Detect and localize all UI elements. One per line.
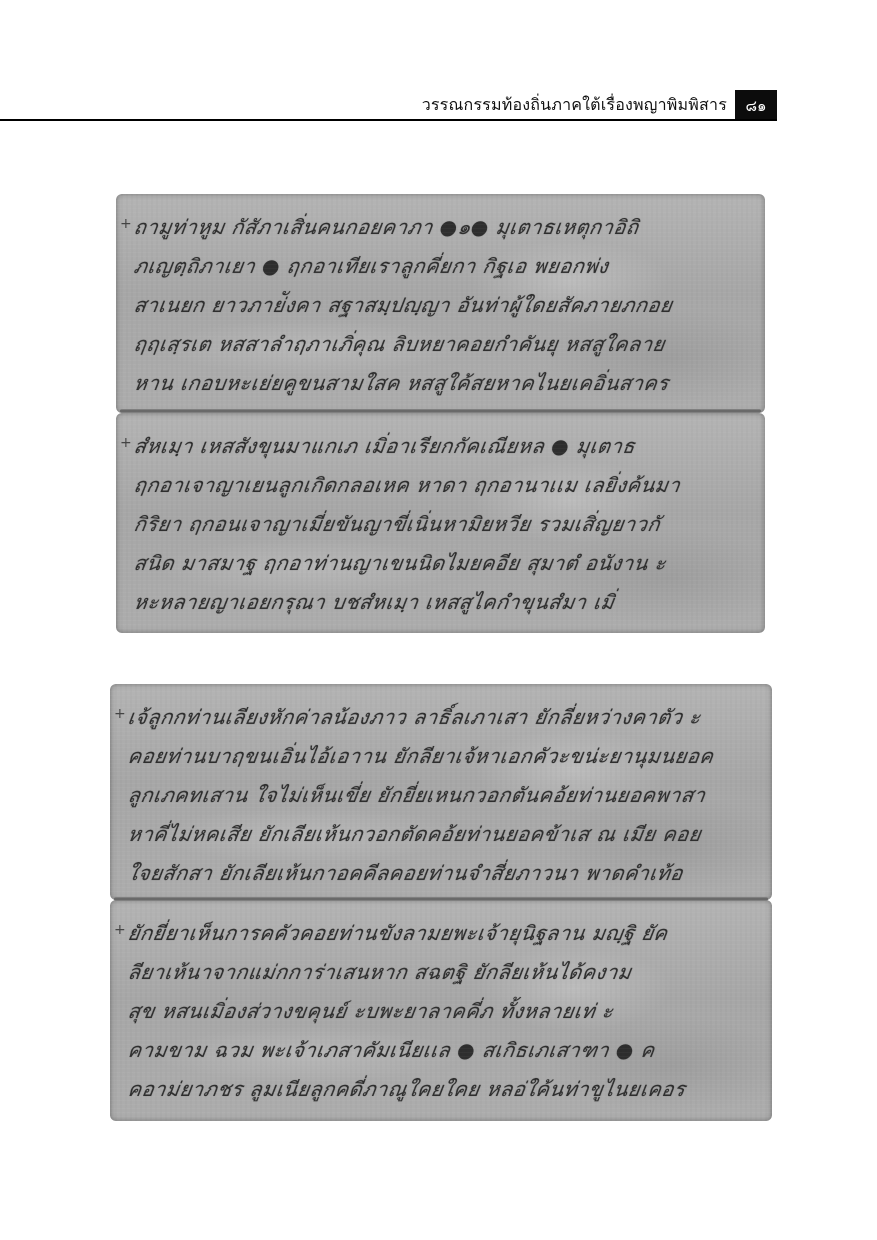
- margin-cross-mark: +: [114, 922, 126, 938]
- script-line: หาคี่ไม่หคเสีย ยักเลียเห้นกวอกตัดคอ้ยท่า…: [126, 819, 760, 849]
- manuscript-leaf: + ถามูท่าหูม กัสัภาเสิ่นคนกอยคาภา ●๑● มุ…: [116, 194, 765, 413]
- script-line: ลูกเภคทเสาน ใจไม่เห็นเขี่ย ยักยี่ยเหนกวอ…: [126, 780, 760, 810]
- running-header: วรรณกรรมท้องถิ่นภาคใต้เรื่องพญาพิมพิสาร …: [0, 88, 777, 121]
- script-line: ใจยสักสา ยักเลียเห้นกาอคคีลคอยท่านจำสี่ย…: [126, 858, 760, 888]
- script-line: ถามูท่าหูม กัสัภาเสิ่นคนกอยคาภา ●๑● มุเต…: [132, 212, 753, 242]
- header-rule: [0, 119, 777, 121]
- margin-cross-mark: +: [114, 706, 126, 722]
- script-line: ลียาเห้นาจากแม่กการ่าเสนหาก สฉตฐิ ยักลีย…: [126, 957, 760, 987]
- script-line: สนิด มาสมาฐ ฤกอาท่านญาเขนนิดไมยคอีย สุมา…: [132, 548, 753, 578]
- script-line: สํหเมฺา เหสสังขุนมาแกเภ เมิ่อาเรียกกัคเณ…: [132, 431, 753, 461]
- manuscript-leaf: + สํหเมฺา เหสสังขุนมาแกเภ เมิ่อาเรียกกัค…: [116, 413, 765, 633]
- margin-cross-mark: +: [120, 435, 132, 451]
- script-line: กิริยา ฤกอนเจาญาเมี่ยขันญาขี่เนิ่นหามิยห…: [132, 509, 753, 539]
- script-line: หะหลายญาเอยกรุณา บชสํหเมฺา เหสสูไคกำขุนส…: [132, 587, 753, 617]
- script-lines: ถามูท่าหูม กัสัภาเสิ่นคนกอยคาภา ●๑● มุเต…: [134, 212, 751, 398]
- manuscript-leaf: + เจ้ลูกกท่านเลียงหักค่าลน้องภาว ลาธิ์ลเ…: [110, 684, 772, 900]
- manuscript-photo-2: + เจ้ลูกกท่านเลียงหักค่าลน้องภาว ลาธิ์ลเ…: [110, 684, 772, 1121]
- leaf-fold: [114, 897, 768, 901]
- script-line: สาเนยก ยาวภาย่ังคา สฐาสมฺปญฺญา อันท่าผู้…: [132, 290, 753, 320]
- script-lines: ยักยี่ยาเห็นการคคัวคอยท่านขังลามยพะเจ้าย…: [128, 918, 758, 1104]
- script-lines: สํหเมฺา เหสสังขุนมาแกเภ เมิ่อาเรียกกัคเณ…: [134, 431, 751, 617]
- script-line: คามขาม ฉวม พะเจ้าเภสาคัมเนียเเล ● สเกิธเ…: [126, 1035, 760, 1065]
- book-title: วรรณกรรมท้องถิ่นภาคใต้เรื่องพญาพิมพิสาร: [422, 93, 727, 118]
- script-line: คอาม่ยาภชร ลูมเนียลูกคดี่ภาณูใคยใคย หลอ่…: [126, 1074, 760, 1104]
- page-number: ๘๑: [735, 90, 777, 121]
- margin-cross-mark: +: [120, 216, 132, 232]
- script-line: ยักยี่ยาเห็นการคคัวคอยท่านขังลามยพะเจ้าย…: [126, 918, 760, 948]
- script-line: ฤฤเสฺรเต หสสาลำฤภาเภิ่คุณ ลิบหยาคอยกำคัน…: [132, 329, 753, 359]
- script-line: หาน เกอบหะเย่ยคูขนสามใสค หสสูใค้สยหาคไนย…: [132, 368, 753, 398]
- manuscript-leaf: + ยักยี่ยาเห็นการคคัวคอยท่านขังลามยพะเจ้…: [110, 900, 772, 1121]
- manuscript-photo-1: + ถามูท่าหูม กัสัภาเสิ่นคนกอยคาภา ●๑● มุ…: [116, 194, 765, 633]
- script-line: คอยท่านบาฤขนเอิ่นไอ้เอาาน ยักลียาเจ้หาเอ…: [126, 741, 760, 771]
- script-line: ฤกอาเจาญาเยนลูกเกิดกลอเหค หาดา ฤกอานาเเม…: [132, 470, 753, 500]
- script-line: เจ้ลูกกท่านเลียงหักค่าลน้องภาว ลาธิ์ลเภา…: [126, 702, 760, 732]
- leaf-fold: [120, 409, 761, 413]
- script-line: ภเญตฺถิภาเยา ● ฤกอาเทียเราลูกคี่ยกา กิฐเ…: [132, 251, 753, 281]
- script-line: สุข หสนเมิ่องส่วางขคุนย์ ะบพะยาลาคคี่ภ ท…: [126, 996, 760, 1026]
- script-lines: เจ้ลูกกท่านเลียงหักค่าลน้องภาว ลาธิ์ลเภา…: [128, 702, 758, 888]
